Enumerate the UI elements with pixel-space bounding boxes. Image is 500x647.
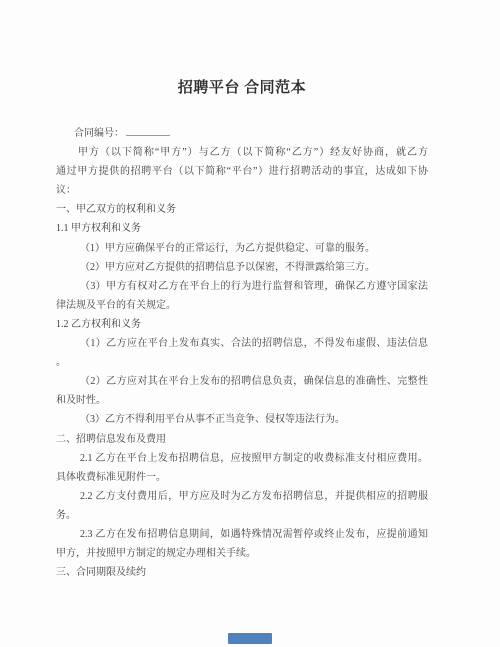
text-line: 甲方（以下简称“甲方”）与乙方（以下简称“乙方”）经友好协商，就乙方 [56, 143, 428, 162]
text-line: 通过甲方提供的招聘平台（以下简称“平台”）进行招聘活动的事宜，达成如下协 [56, 162, 428, 181]
text-line: 一、甲乙双方的权利和义务 [56, 200, 428, 219]
text-line: 。 [56, 353, 428, 372]
text-line: 1.1 甲方权利和义务 [56, 219, 428, 238]
text-line: （2）乙方应对其在平台上发布的招聘信息负责，确保信息的准确性、完整性 [56, 372, 428, 391]
contract-document: 招聘平台 合同范本 合同编号：甲方（以下简称“甲方”）与乙方（以下简称“乙方”）… [56, 77, 428, 582]
text-line: （1）甲方应确保平台的正常运行，为乙方提供稳定、可靠的服务。 [56, 239, 428, 258]
page-title: 招聘平台 合同范本 [56, 77, 428, 99]
document-body: 合同编号：甲方（以下简称“甲方”）与乙方（以下简称“乙方”）经友好协商，就乙方通… [56, 124, 428, 582]
text-line: 律法规及平台的有关规定。 [56, 296, 428, 315]
text-line: 1.2 乙方权利和义务 [56, 315, 428, 334]
text-line: （3）乙方不得利用平台从事不正当竞争、侵权等违法行为。 [56, 410, 428, 429]
text-line: 甲方，并按照甲方制定的规定办理相关手续。 [56, 544, 428, 563]
contract-number-line: 合同编号： [56, 124, 428, 143]
text-line: 具体收费标准见附件一。 [56, 468, 428, 487]
text-line: （2）甲方应对乙方提供的招聘信息予以保密，不得泄露给第三方。 [56, 258, 428, 277]
contract-number-blank [126, 126, 170, 136]
text-line: （3）甲方有权对乙方在平台上的行为进行监督和管理，确保乙方遵守国家法 [56, 277, 428, 296]
document-page: 招聘平台 合同范本 合同编号：甲方（以下简称“甲方”）与乙方（以下简称“乙方”）… [0, 0, 500, 647]
text-line: 务。 [56, 506, 428, 525]
text-line: 二、招聘信息发布及费用 [56, 430, 428, 449]
text-line: 2.3 乙方在发布招聘信息期间，如遇特殊情况需暂停或终止发布，应提前通知 [56, 525, 428, 544]
text-line: （1）乙方应在平台上发布真实、合法的招聘信息，不得发布虚假、违法信息 [56, 334, 428, 353]
text-line: 和及时性。 [56, 391, 428, 410]
text-line: 议： [56, 181, 428, 200]
text-line: 三、合同期限及续约 [56, 563, 428, 582]
text-line: 2.2 乙方支付费用后，甲方应及时为乙方发布招聘信息，并提供相应的招聘服 [56, 487, 428, 506]
footer-badge [228, 633, 272, 644]
text-line: 2.1 乙方在平台上发布招聘信息，应按照甲方制定的收费标准支付相应费用。 [56, 449, 428, 468]
